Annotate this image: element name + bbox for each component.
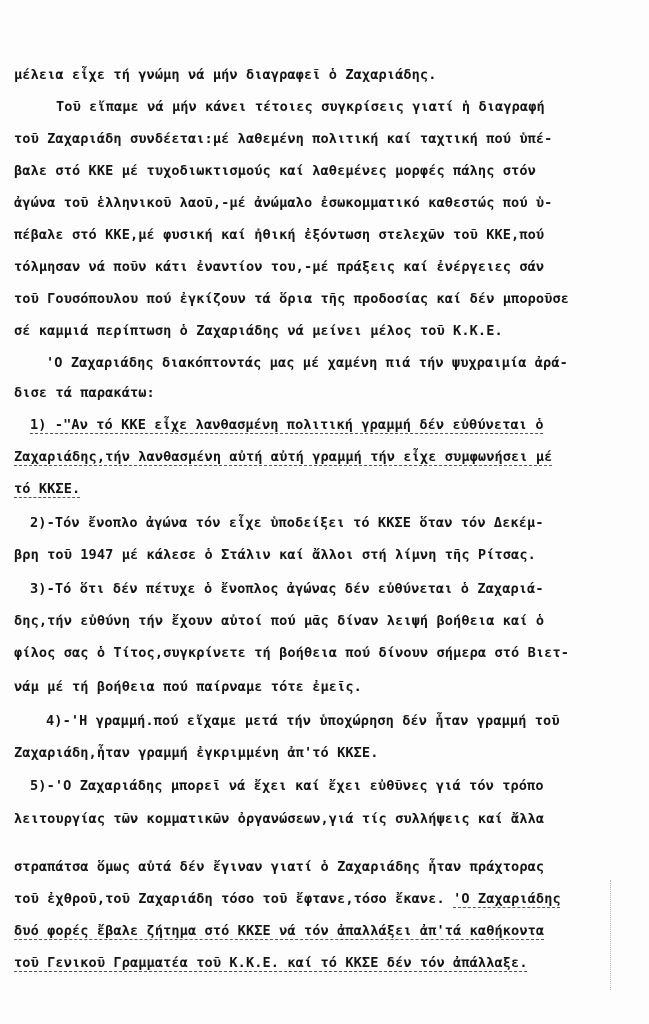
point-1-line: 1) -"Αν τό ΚΚΕ εἶχε λανθασμένη πολιτική … — [30, 416, 544, 434]
text-line: Ζαχαριάδη,ἦταν γραμμή ἐγκριμμένη ἀπ'τό Κ… — [14, 744, 379, 762]
underlined-segment: 'Ο Ζαχαριάδης — [453, 891, 561, 907]
text-line: πέβαλε στό ΚΚΕ,μέ φυσική καί ἠθική ἐξόντ… — [14, 226, 544, 244]
margin-mark — [610, 880, 621, 990]
text-line: μέλεια εἶχε τή γνώμη νά μήν διαγραφεῖ ὁ … — [14, 66, 437, 84]
text-line: τοῦ Ζαχαριάδη συνδέεται:μέ λαθεμένη πολι… — [14, 130, 552, 148]
text-segment: τοῦ ἐχθροῦ,τοῦ Ζαχαριάδη τόσο τοῦ ἔφτανε… — [14, 891, 445, 907]
point-2-line: 2)-Τόν ἔνοπλο ἀγώνα τόν εἶχε ὑποδείξει τ… — [30, 514, 544, 532]
text-line: τοῦ Γουσόπουλου πού ἐγκίζουν τά ὅρια τῆς… — [14, 290, 569, 308]
text-line: ἀγώνα τοῦ ἑλληνικοῦ λαοῦ,-μέ ἀνώμαλο ἐσω… — [14, 194, 552, 212]
text-line: τόλμησαν νά ποῦν κάτι ἐναντίον του,-μέ π… — [14, 258, 544, 276]
paragraph-start-line: Τοῦ εἴπαμε νά μήν κάνει τέτοιες συγκρίσε… — [56, 98, 545, 116]
point-5-line: 5)-'Ο Ζαχαριάδης μπορεῖ νά ἔχει καί ἔχει… — [30, 777, 544, 795]
paragraph-start-line: 'Ο Ζαχαριάδης διακόπτοντάς μας μέ χαμένη… — [46, 354, 568, 372]
underlined-line: δυό φορές ἔβαλε ζήτημα στό ΚΚΣΕ νά τόν ἀ… — [14, 922, 544, 940]
underlined-line: τοῦ Γενικοῦ Γραμματέα τοῦ Κ.Κ.Ε. καί τό … — [14, 954, 528, 972]
text-line: τοῦ ἐχθροῦ,τοῦ Ζαχαριάδη τόσο τοῦ ἔφτανε… — [14, 890, 561, 908]
text-line: στραπάτσα ὅμως αὐτά δέν ἔγιναν γιατί ὁ Ζ… — [14, 858, 544, 876]
text-line: βρη τοῦ 1947 μέ κάλεσε ὁ Στάλιν καί ἄλλο… — [14, 546, 536, 564]
text-line: σέ καμμιά περίπτωση ὁ Ζαχαριάδης νά μείν… — [14, 322, 503, 340]
text-line: βαλε στό ΚΚΕ μέ τυχοδιωκτισμούς καί λαθε… — [14, 162, 536, 180]
point-3-line: 3)-Τό ὅτι δέν πέτυχε ὁ ἔνοπλος ἀγώνας δέ… — [30, 580, 544, 598]
point-4-line: 4)-'Η γραμμή.πού εἴχαμε μετά τήν ὑποχώρη… — [46, 712, 560, 730]
text-line: φίλος σας ὁ Τίτος,συγκρίνετε τή βοήθεια … — [14, 644, 569, 662]
text-line: δισε τά παρακάτω: — [14, 384, 155, 402]
text-line: δης,τήν εὐθύνη τήν ἔχουν αὐτοί πού μᾶς δ… — [14, 612, 544, 630]
text-line: λειτουργίας τῶν κομματικῶν ὀργανώσεων,γι… — [14, 810, 544, 828]
typewritten-page: μέλεια εἶχε τή γνώμη νά μήν διαγραφεῖ ὁ … — [0, 0, 649, 1024]
text-line: νάμ μέ τή βοήθεια πού παίρναμε τότε ἐμεῖ… — [14, 678, 362, 696]
point-1-line: τό ΚΚΣΕ. — [14, 480, 80, 498]
point-1-line: Ζαχαριάδης,τήν λανθασμένη αὐτή αὐτή γραμ… — [14, 448, 552, 466]
